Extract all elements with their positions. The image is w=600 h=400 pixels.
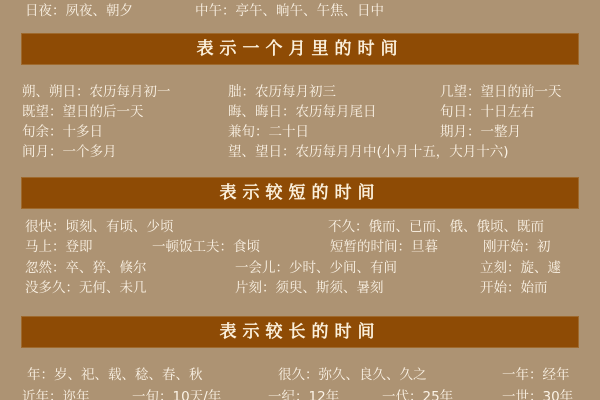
short-row-1: 很快：顷刻、有顷、少顷 不久：俄而、已而、俄、俄顷、既而 [0,218,600,236]
term: 很快：顷刻、有顷、少顷 [25,218,174,236]
term: 片刻：须臾、斯须、暑刻 [235,279,384,297]
term: 刚开始：初 [483,238,551,256]
term: 开始：始而 [480,279,548,297]
section-banner-long: 表示较长的时间 [21,316,579,348]
section-banner-month: 表示一个月里的时间 [21,33,579,65]
top-row: 日夜：夙夜、朝夕 中午：亭午、晌午、午焦、日中 [0,2,600,20]
term: 短暂的时间：旦暮 [330,238,438,256]
short-row-2: 马上：登即 一顿饭工夫：食顷 短暂的时间：旦暮 刚开始：初 [0,238,600,256]
term: 一世：30年 [502,388,573,400]
term: 旬余：十多日 [22,123,103,141]
term: 既望：望日的后一天 [22,103,144,121]
term: 一年：经年 [502,366,570,384]
term: 一顿饭工夫：食顷 [152,238,260,256]
term-noon: 中午：亭午、晌午、午焦、日中 [195,2,384,20]
term: 朔、朔日：农历每月初一 [22,83,171,101]
month-row-4: 间月：一个多月 望、望日：农历每月月中(小月十五，大月十六) [0,143,600,161]
term: 兼旬：二十日 [228,123,309,141]
term: 朏：农历每月初三 [228,83,336,101]
term: 间月：一个多月 [22,143,117,161]
month-row-1: 朔、朔日：农历每月初一 朏：农历每月初三 几望：望日的前一天 [0,83,600,101]
term: 很久：弥久、良久、久之 [278,366,427,384]
short-row-4: 没多久：无何、未几 片刻：须臾、斯须、暑刻 开始：始而 [0,279,600,297]
section-banner-short: 表示较短的时间 [21,177,579,209]
term: 一代：25年 [382,388,453,400]
term: 年：岁、祀、载、稔、春、秋 [27,366,203,384]
term: 一纪：12年 [268,388,339,400]
short-row-3: 忽然：卒、猝、倏尔 一会儿：少时、少间、有间 立刻：旋、遽 [0,259,600,277]
term: 不久：俄而、已而、俄、俄顷、既而 [328,218,544,236]
month-row-3: 旬余：十多日 兼旬：二十日 期月：一整月 [0,123,600,141]
term: 立刻：旋、遽 [480,259,561,277]
term: 晦、晦日：农历每月尾日 [228,103,377,121]
term: 忽然：卒、猝、倏尔 [25,259,147,277]
term: 几望：望日的前一天 [440,83,562,101]
term: 期月：一整月 [440,123,521,141]
term: 近年：迩年 [22,388,90,400]
long-row-2: 近年：迩年 一旬：10天/年 一纪：12年 一代：25年 一世：30年 [0,388,600,400]
term: 一会儿：少时、少间、有间 [235,259,397,277]
month-row-2: 既望：望日的后一天 晦、晦日：农历每月尾日 旬日：十日左右 [0,103,600,121]
term: 没多久：无何、未几 [25,279,147,297]
term: 旬日：十日左右 [440,103,535,121]
long-row-1: 年：岁、祀、载、稔、春、秋 很久：弥久、良久、久之 一年：经年 [0,366,600,384]
term: 马上：登即 [25,238,93,256]
term-day-night: 日夜：夙夜、朝夕 [25,2,133,20]
term: 一旬：10天/年 [132,388,221,400]
term: 望、望日：农历每月月中(小月十五，大月十六) [228,143,509,161]
